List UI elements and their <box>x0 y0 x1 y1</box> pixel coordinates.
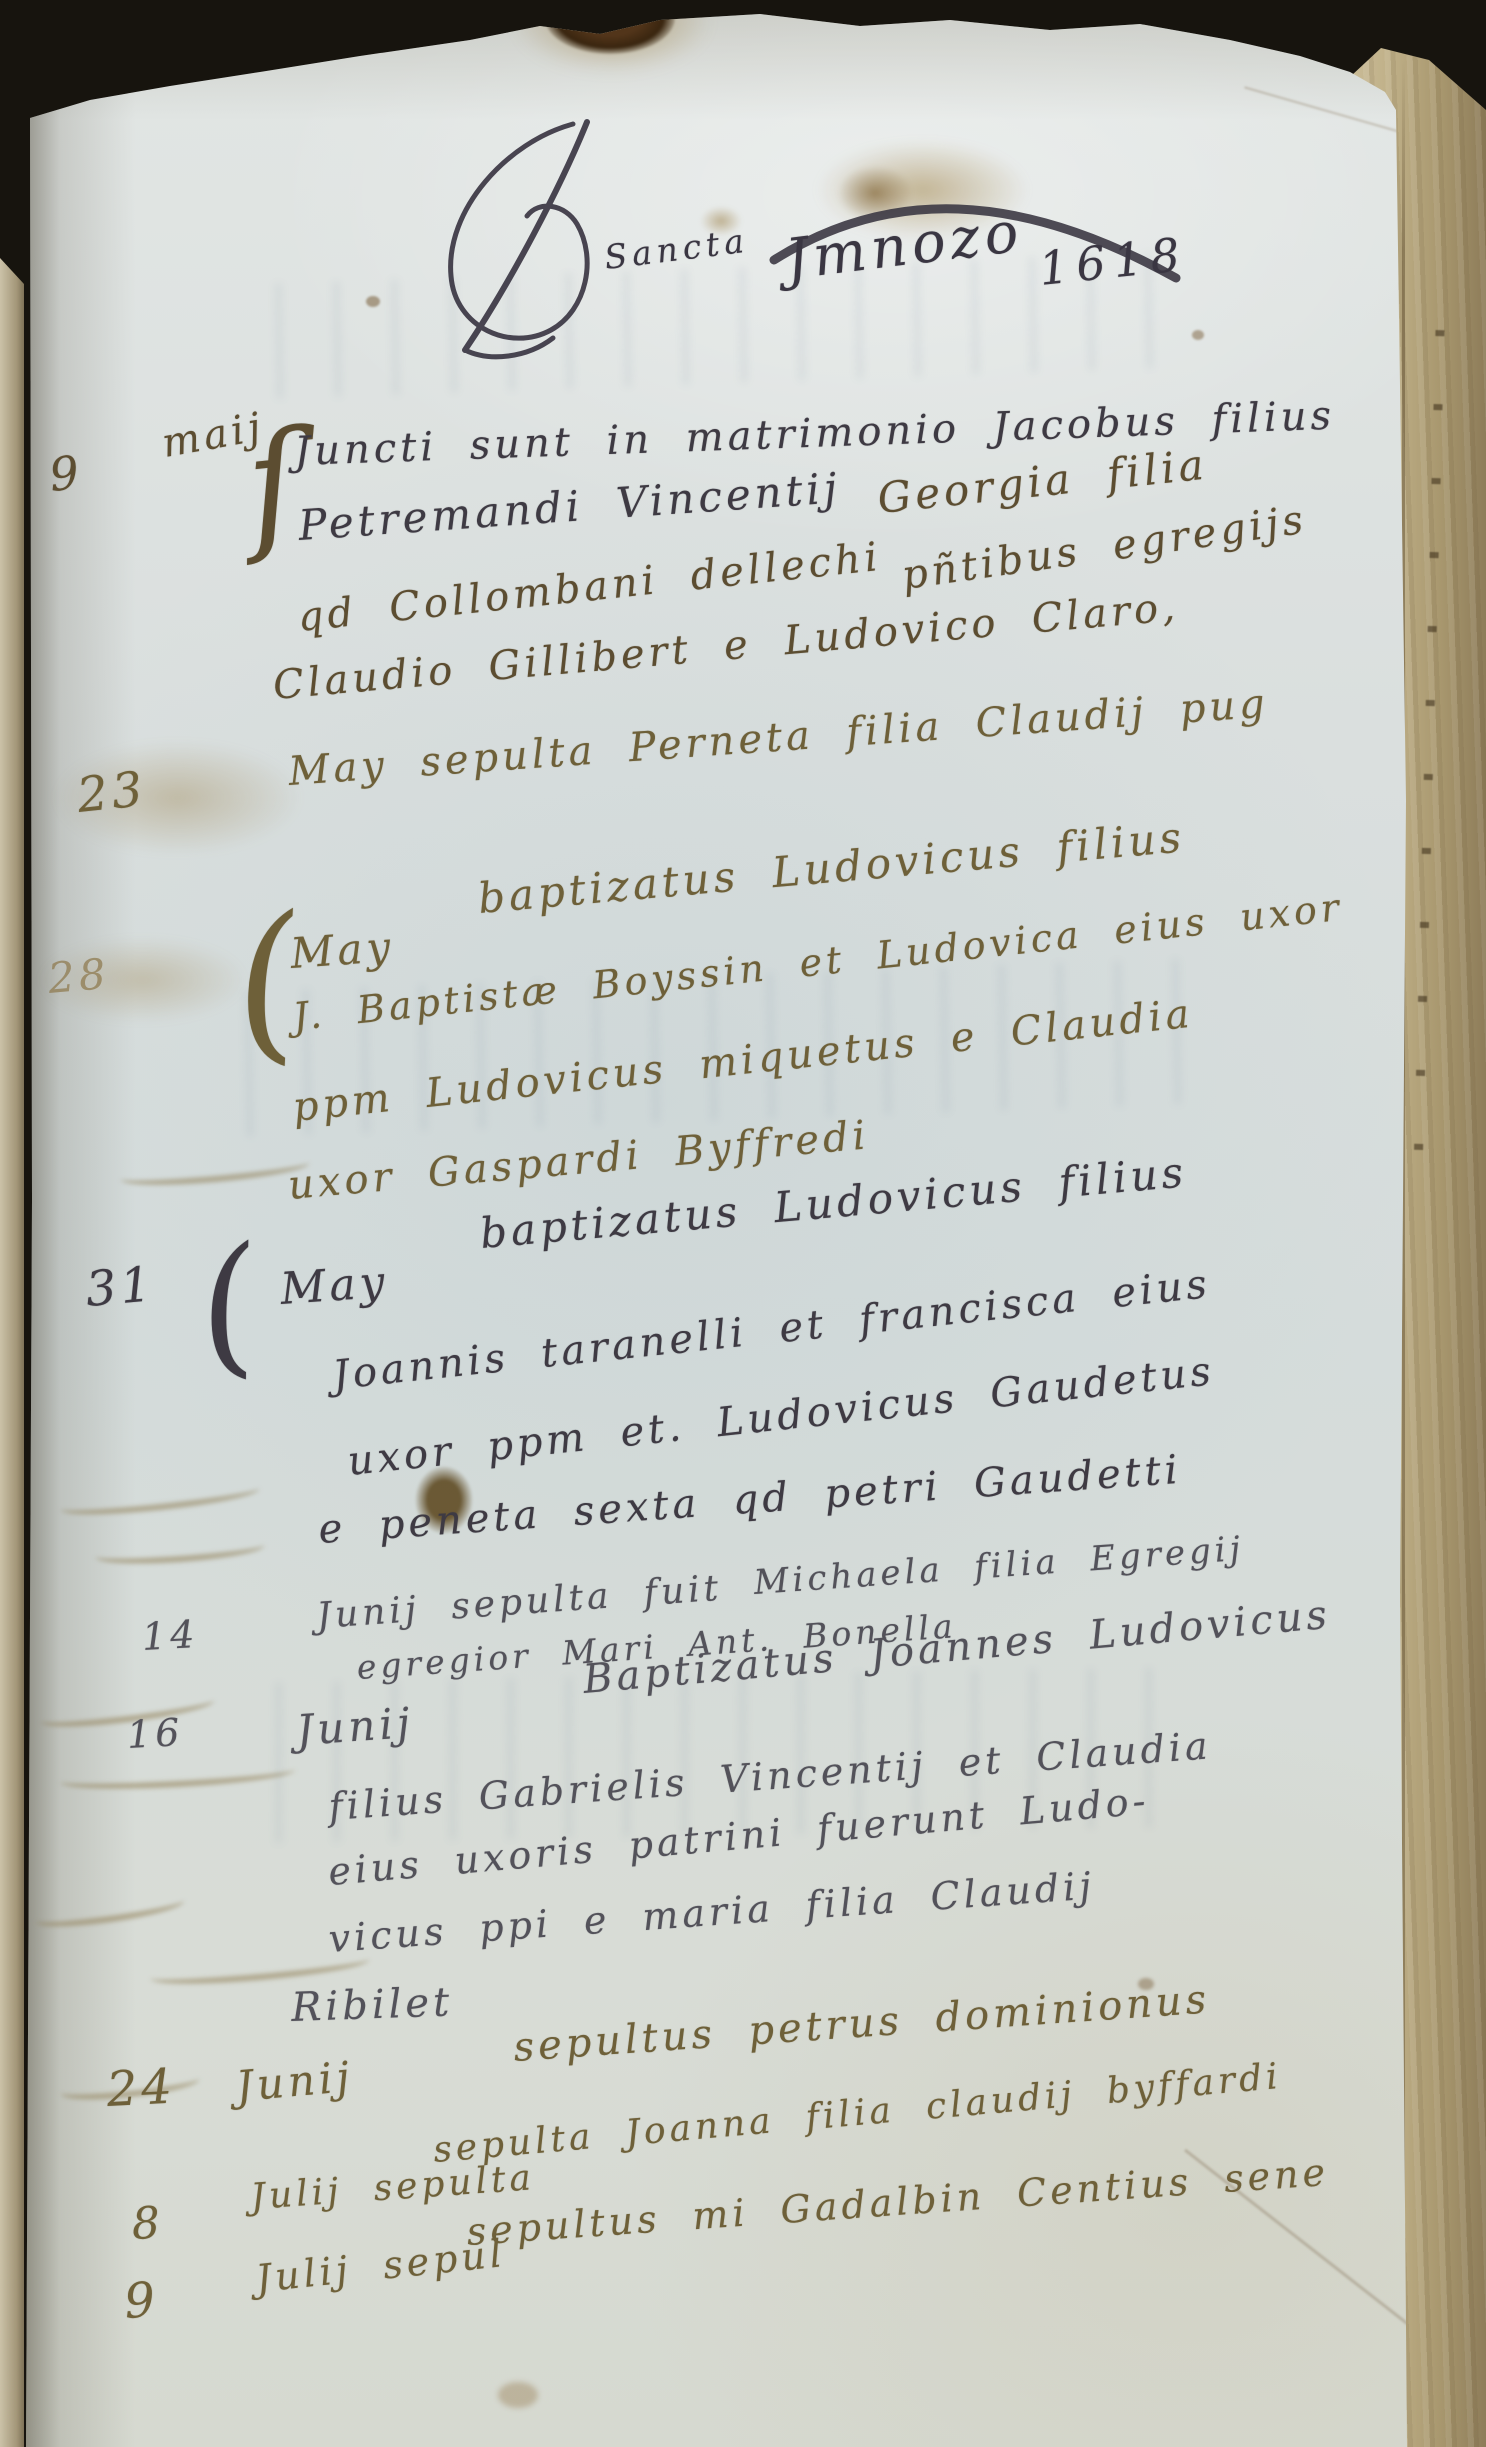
manuscript-line: baptizatus Ludovicus filius <box>476 816 1186 920</box>
manuscript-line: May sepulta Perneta filia Claudij pug <box>287 684 1270 792</box>
margin-day: 24 <box>105 2062 176 2114</box>
page-top-shading <box>0 0 1486 150</box>
manuscript-photo: Sancta Jmnozo 1618 ſ9maijJuncti sunt in … <box>0 0 1486 2447</box>
margin-day: 9 <box>47 449 85 498</box>
manuscript-line: Junij <box>234 2056 355 2108</box>
manuscript-line: Junij <box>295 1702 415 1752</box>
manuscript-line: Michaela filia Egregij <box>753 1532 1246 1600</box>
manuscript-line: sepultus petrus dominionus <box>512 1979 1211 2068</box>
adjacent-page-edge-left <box>0 258 24 2447</box>
decorative-initial-flourish <box>415 112 635 362</box>
manuscript-line: Julij sepul <box>254 2234 507 2298</box>
margin-day: 23 <box>75 765 149 820</box>
manuscript-line: sepultus mi Gadalbin Centius sene <box>465 2153 1330 2251</box>
manuscript-line: Ribilet <box>291 1982 454 2028</box>
flourish-bracket: ( <box>186 1227 274 1386</box>
margin-day: 28 <box>46 953 111 1000</box>
manuscript-line: Georgia filia <box>876 444 1210 520</box>
manuscript-line: sepulta Joanna filia claudij byffardi <box>432 2059 1283 2169</box>
margin-day: 9 <box>123 2276 161 2326</box>
margin-day: 16 <box>126 1713 184 1754</box>
manuscript-line: Petremandi Vincentij <box>297 467 842 547</box>
manuscript-page: Sancta Jmnozo 1618 ſ9maijJuncti sunt in … <box>0 0 1486 2447</box>
speck <box>498 2382 538 2408</box>
margin-day: 8 <box>131 2201 165 2247</box>
bleedthrough-mark <box>119 1152 310 1190</box>
manuscript-line: May <box>289 926 395 975</box>
margin-day: 14 <box>141 1615 199 1656</box>
margin-day: 31 <box>84 1260 157 1314</box>
manuscript-line: May <box>279 1261 390 1312</box>
manuscript-line: Junij sepulta fuit <box>315 1571 723 1635</box>
